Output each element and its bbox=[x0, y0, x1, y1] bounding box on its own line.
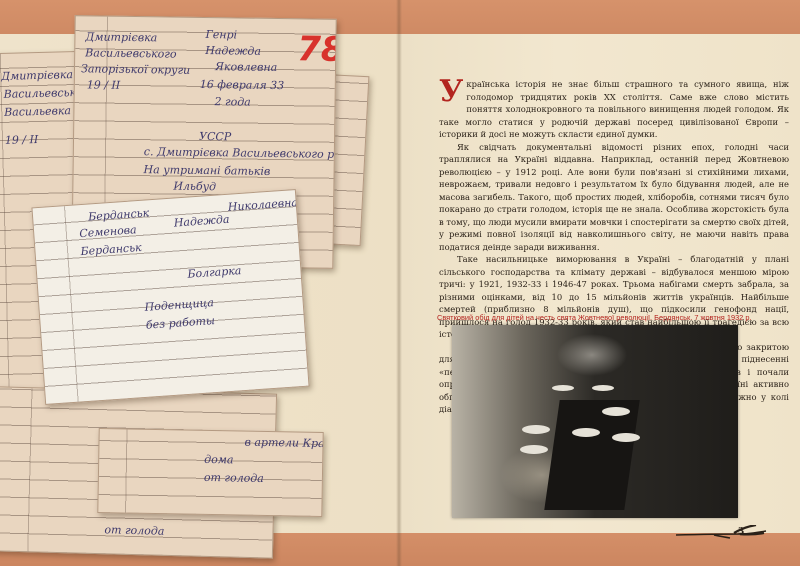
handwriting: Запорізької округи bbox=[81, 62, 190, 77]
handwriting: 2 года bbox=[214, 95, 250, 109]
photo-bowl bbox=[522, 425, 550, 434]
handwriting: Надежда bbox=[173, 213, 229, 230]
handwriting: Болгарка bbox=[187, 264, 242, 281]
archival-document-front: Берданськ Семенова Надежда Николаевна Бе… bbox=[31, 189, 309, 405]
handwriting: Берданськ bbox=[88, 206, 150, 223]
handwriting: На утримані батьків bbox=[144, 163, 271, 178]
photo-caption: Святковий обід для дітей на честь свята … bbox=[437, 313, 757, 322]
handwriting: от голода bbox=[204, 471, 264, 485]
top-band bbox=[399, 0, 800, 34]
handwriting: с. Дмитрієвка Васильевського р-на bbox=[144, 145, 337, 161]
paragraph-text: країнська історія не знає більш страшног… bbox=[439, 79, 789, 139]
photo-bowl bbox=[552, 385, 574, 391]
photo-table bbox=[544, 400, 639, 510]
handwriting: Генрі bbox=[205, 28, 237, 41]
handwriting: дома bbox=[204, 453, 234, 467]
handwriting: Николаевна bbox=[227, 196, 298, 214]
handwriting: Берданськ bbox=[80, 241, 142, 258]
handwriting: Васильевка bbox=[4, 104, 71, 119]
handwriting: Яковлевна bbox=[215, 60, 277, 74]
historical-photo bbox=[452, 325, 738, 518]
handwriting: Дмитрієвка bbox=[85, 30, 157, 44]
archival-document-bottom-right: в артели Красная дома от голода bbox=[97, 428, 323, 517]
book-spread: Дмитрієвка Васильевського Васильевка 19 … bbox=[0, 0, 800, 566]
handwriting: от голода bbox=[104, 523, 164, 538]
handwriting: Дмитрієвка bbox=[1, 68, 73, 83]
photo-bowl bbox=[520, 445, 548, 454]
handwriting: в артели Красная bbox=[244, 436, 323, 451]
photo-bowl bbox=[612, 433, 640, 442]
red-mark: 78 bbox=[297, 29, 337, 70]
page-number: 3 bbox=[738, 527, 744, 537]
handwriting: 19 / ІІ bbox=[87, 78, 121, 91]
photo-bowl bbox=[602, 407, 630, 416]
handwriting: Семенова bbox=[79, 223, 137, 240]
handwriting: Васильевського bbox=[85, 46, 177, 60]
photo-bowl bbox=[572, 428, 600, 437]
handwriting: Поденщица bbox=[144, 296, 214, 314]
handwriting: 19 / ІІ bbox=[5, 133, 39, 147]
paragraph-intro: Українська історія не знає більш страшно… bbox=[439, 78, 789, 141]
handwriting: Ильбуд bbox=[173, 180, 216, 194]
book-spine bbox=[396, 0, 402, 566]
wheat-ornament-icon bbox=[674, 525, 769, 541]
handwriting: без работы bbox=[145, 314, 215, 332]
handwriting: УССР bbox=[199, 130, 231, 143]
left-page: Дмитрієвка Васильевського Васильевка 19 … bbox=[0, 0, 399, 566]
drop-cap: У bbox=[439, 80, 463, 104]
handwriting: Надежда bbox=[205, 44, 261, 58]
right-page: Українська історія не знає більш страшно… bbox=[399, 0, 800, 566]
photo-bowl bbox=[592, 385, 614, 391]
paragraph: Як свідчать документальні відомості різн… bbox=[439, 141, 789, 254]
handwriting: 16 февраля 33 bbox=[200, 78, 285, 92]
